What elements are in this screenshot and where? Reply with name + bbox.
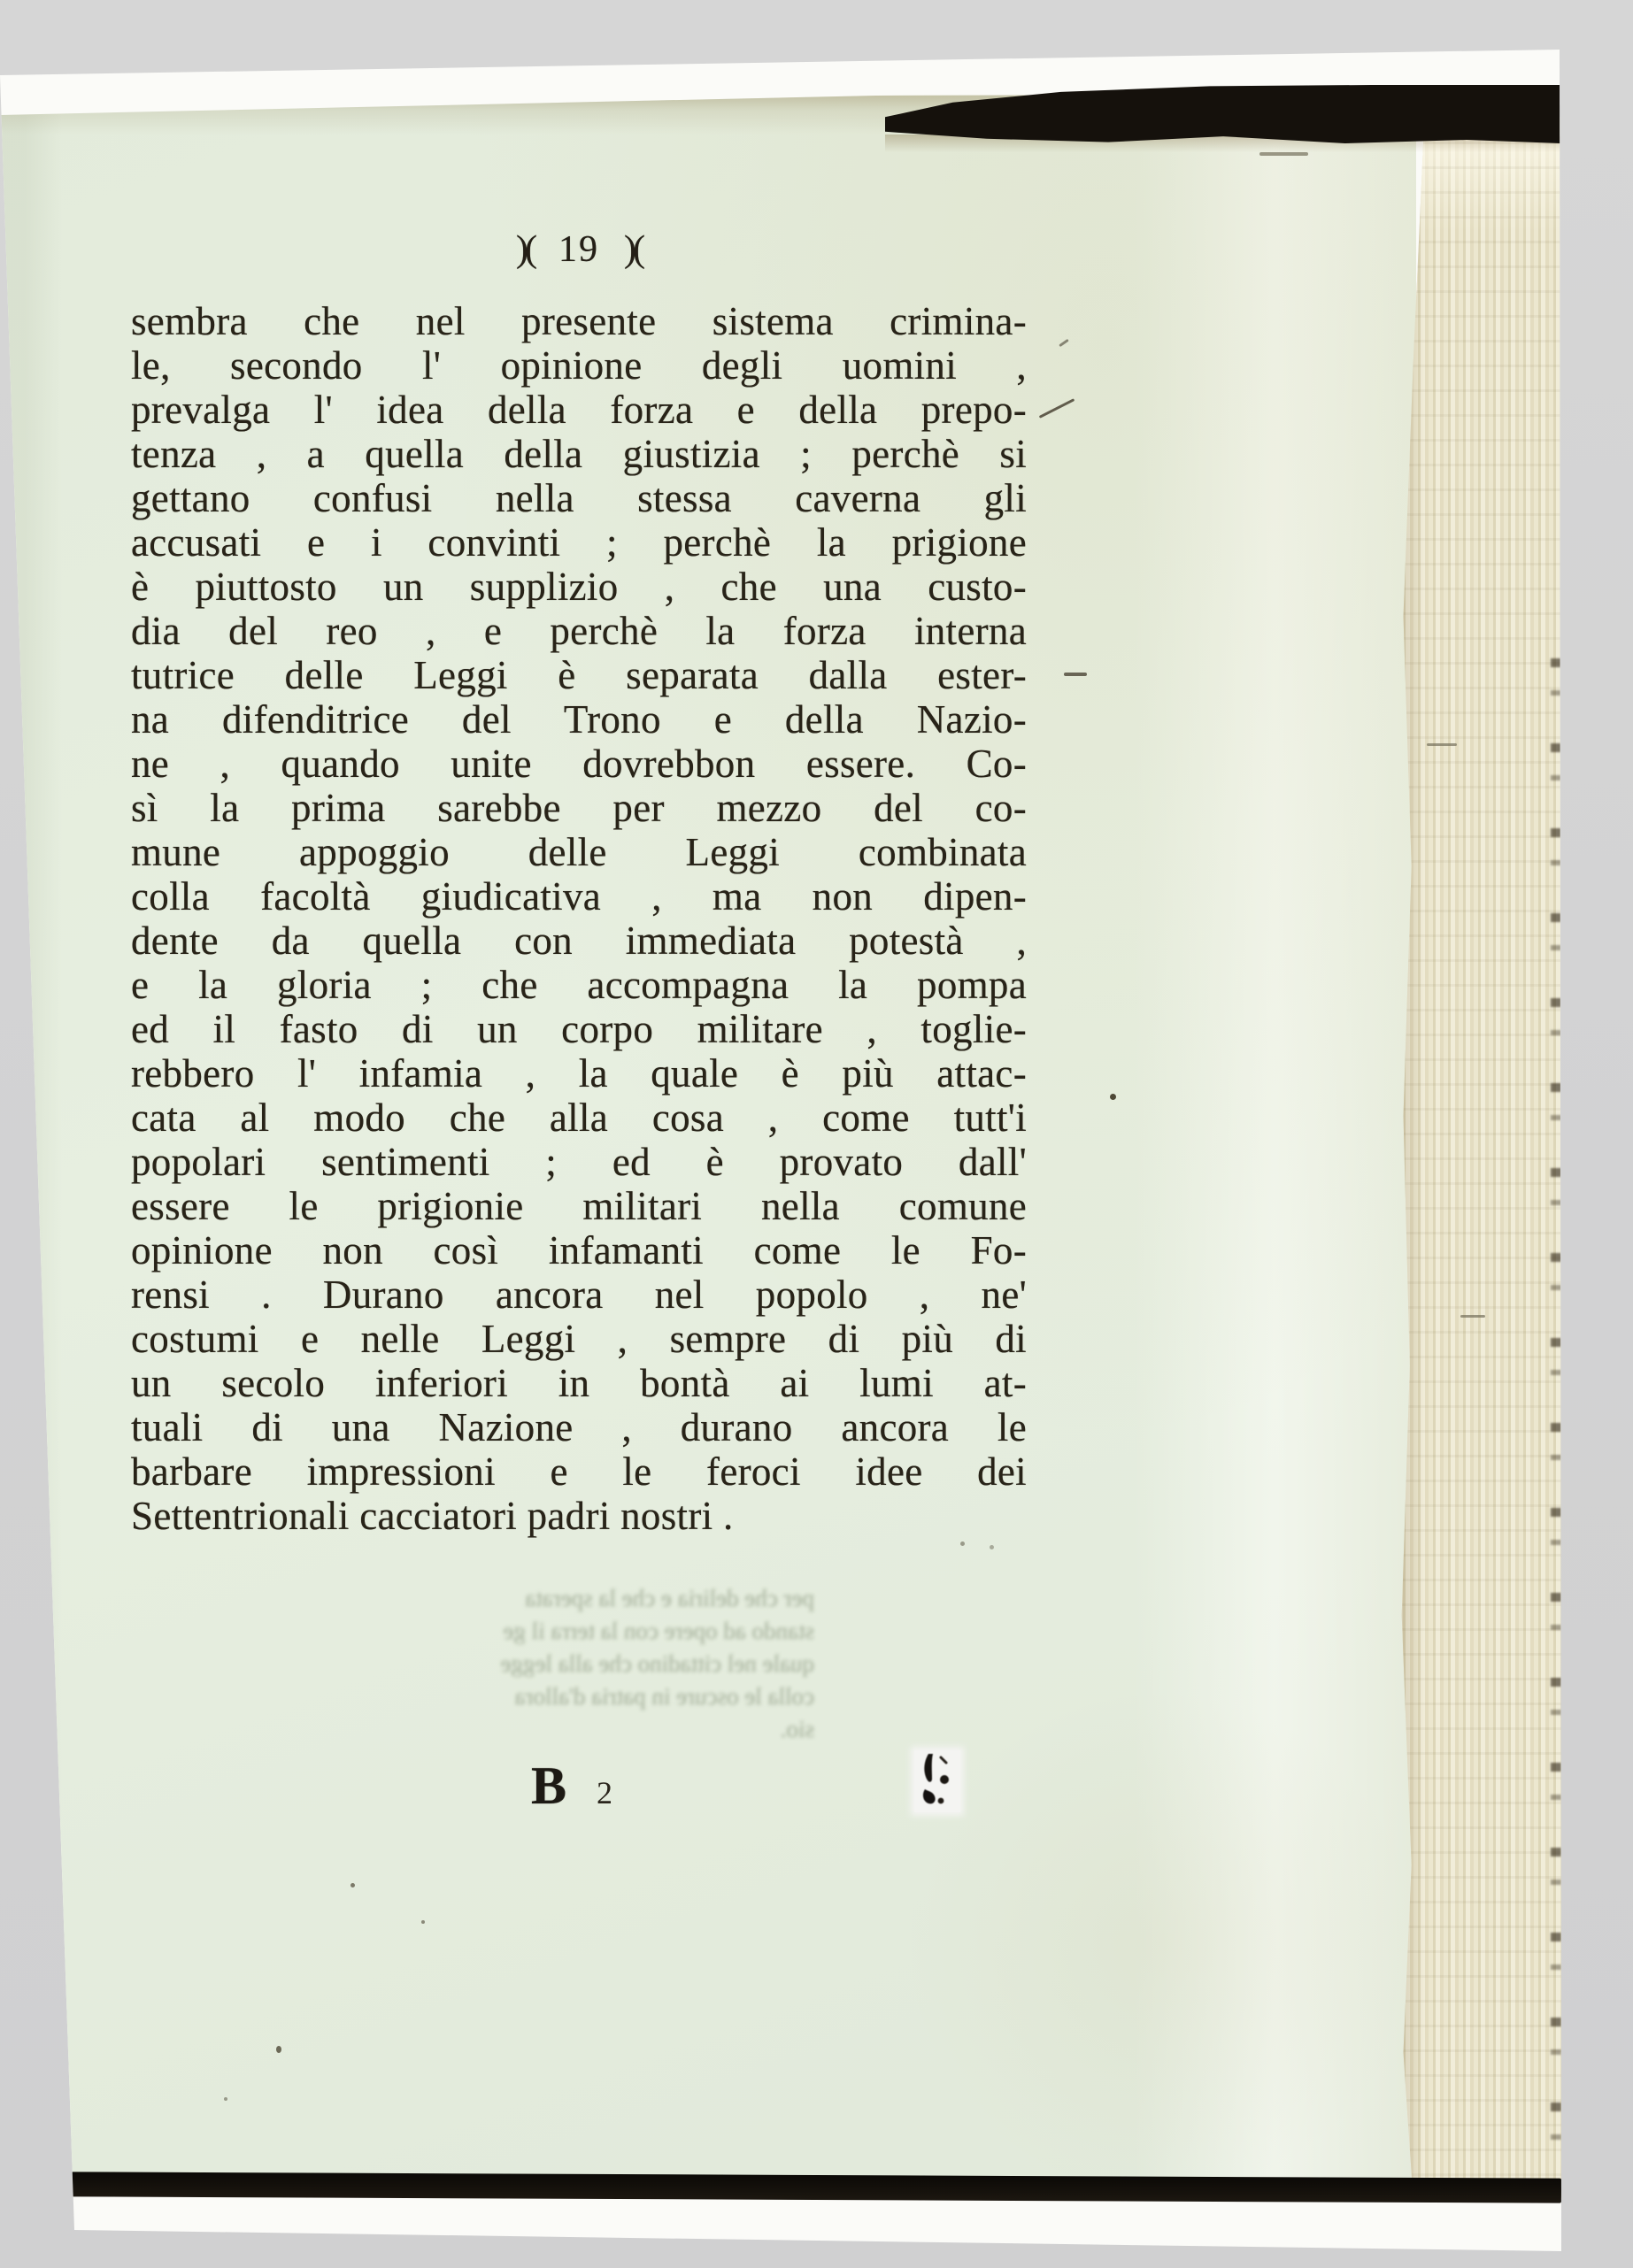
page-number: 19	[558, 229, 599, 270]
bleedthrough-line: per che deliria e che la sperata	[283, 1582, 814, 1615]
fore-edge-pencil-dash	[1460, 1315, 1485, 1318]
margin-dash-mark	[1064, 673, 1087, 676]
text-line: rebbero l' infamia , la quale è più atta…	[131, 1051, 1027, 1096]
header-left-ornament: )(	[516, 229, 534, 270]
bottom-shadow-band	[71, 2172, 1561, 2203]
pen-stroke-mark	[1039, 398, 1075, 419]
text-line: rensi . Durano ancora nel popolo , ne'	[131, 1272, 1027, 1317]
text-line: tuali di una Nazione , durano ancora le	[131, 1405, 1027, 1449]
text-line: accusati e i convinti ; perchè la prigio…	[131, 520, 1027, 565]
fore-edge-pencil-dash	[1259, 152, 1308, 156]
bleedthrough-text: per che deliria e che la sperata stando …	[283, 1582, 814, 1746]
text-line: costumi e nelle Leggi , sempre di più di	[131, 1317, 1027, 1361]
page-number-header: )(19)(	[131, 228, 1027, 271]
top-shadow-band	[885, 85, 1561, 143]
text-line: prevalga l' idea della forza e della pre…	[131, 388, 1027, 432]
text-line: tutrice delle Leggi è separata dalla est…	[131, 653, 1027, 697]
text-line: colla facoltà giudicativa , ma non dipen…	[131, 874, 1027, 919]
text-line: popolari sentimenti ; ed è provato dall'	[131, 1140, 1027, 1184]
bleedthrough-line: stando ad opere con la terra il ge	[283, 1615, 814, 1648]
signature-number: 2	[597, 1774, 612, 1811]
text-line: Settentrionali cacciatori padri nostri .	[131, 1494, 1027, 1538]
text-line: na difenditrice del Trono e della Nazio-	[131, 697, 1027, 742]
text-line: opinione non così infamanti come le Fo-	[131, 1228, 1027, 1272]
bleedthrough-line: sio.	[283, 1713, 814, 1746]
ink-blot-artifact	[914, 1750, 960, 1812]
text-line: un secolo inferiori in bontà ai lumi at-	[131, 1361, 1027, 1405]
text-line: barbare impressioni e le feroci idee dei	[131, 1449, 1027, 1494]
text-line: essere le prigionie militari nella comun…	[131, 1184, 1027, 1228]
text-line: dia del reo , e perchè la forza interna	[131, 609, 1027, 653]
fore-edge-speckles	[1551, 658, 1561, 2198]
text-line: dente da quella con immediata potestà ,	[131, 919, 1027, 963]
bleedthrough-line: quale nel cittadino che alla legge	[283, 1648, 814, 1680]
text-line: gettano confusi nella stessa caverna gli	[131, 476, 1027, 520]
book-fore-edge	[1398, 117, 1561, 2198]
fore-edge-pencil-dash	[1427, 743, 1457, 746]
book-page: )(19)( sembra che nel presente sistema c…	[0, 88, 1416, 2196]
header-right-ornament: )(	[624, 229, 642, 270]
text-line: e la gloria ; che accompagna la pompa	[131, 963, 1027, 1007]
signature-mark: B 2	[531, 1756, 612, 1817]
trailing-dot	[990, 1545, 994, 1549]
ink-blot-glyph	[914, 1750, 960, 1812]
text-line: ed il fasto di un corpo militare , togli…	[131, 1007, 1027, 1051]
book-scan-photo: )(19)( sembra che nel presente sistema c…	[0, 0, 1633, 2268]
margin-tick-mark	[1059, 339, 1069, 347]
paper-speck	[421, 1920, 425, 1924]
text-line: è piuttosto un supplizio , che una custo…	[131, 565, 1027, 609]
text-line: tenza , a quella della giustizia ; perch…	[131, 432, 1027, 476]
text-line: sembra che nel presente sistema crimina-	[131, 299, 1027, 343]
text-line: ne , quando unite dovrebbon essere. Co-	[131, 742, 1027, 786]
trailing-dot	[960, 1541, 965, 1546]
margin-dot-mark	[1110, 1094, 1116, 1100]
bleedthrough-line: colla le oscure in patria d'allora	[283, 1680, 814, 1713]
paper-speck	[276, 2046, 281, 2053]
signature-letter: B	[531, 1756, 566, 1817]
text-line: le, secondo l' opinione degli uomini ,	[131, 343, 1027, 388]
text-line: sì la prima sarebbe per mezzo del co-	[131, 786, 1027, 830]
body-text: sembra che nel presente sistema crimina-…	[131, 299, 1027, 1538]
paper-speck	[350, 1883, 355, 1887]
paper-speck	[224, 2097, 227, 2101]
text-line: cata al modo che alla cosa , come tutt'i	[131, 1096, 1027, 1140]
text-line: mune appoggio delle Leggi combinata	[131, 830, 1027, 874]
scan-background: )(19)( sembra che nel presente sistema c…	[0, 0, 1633, 2268]
